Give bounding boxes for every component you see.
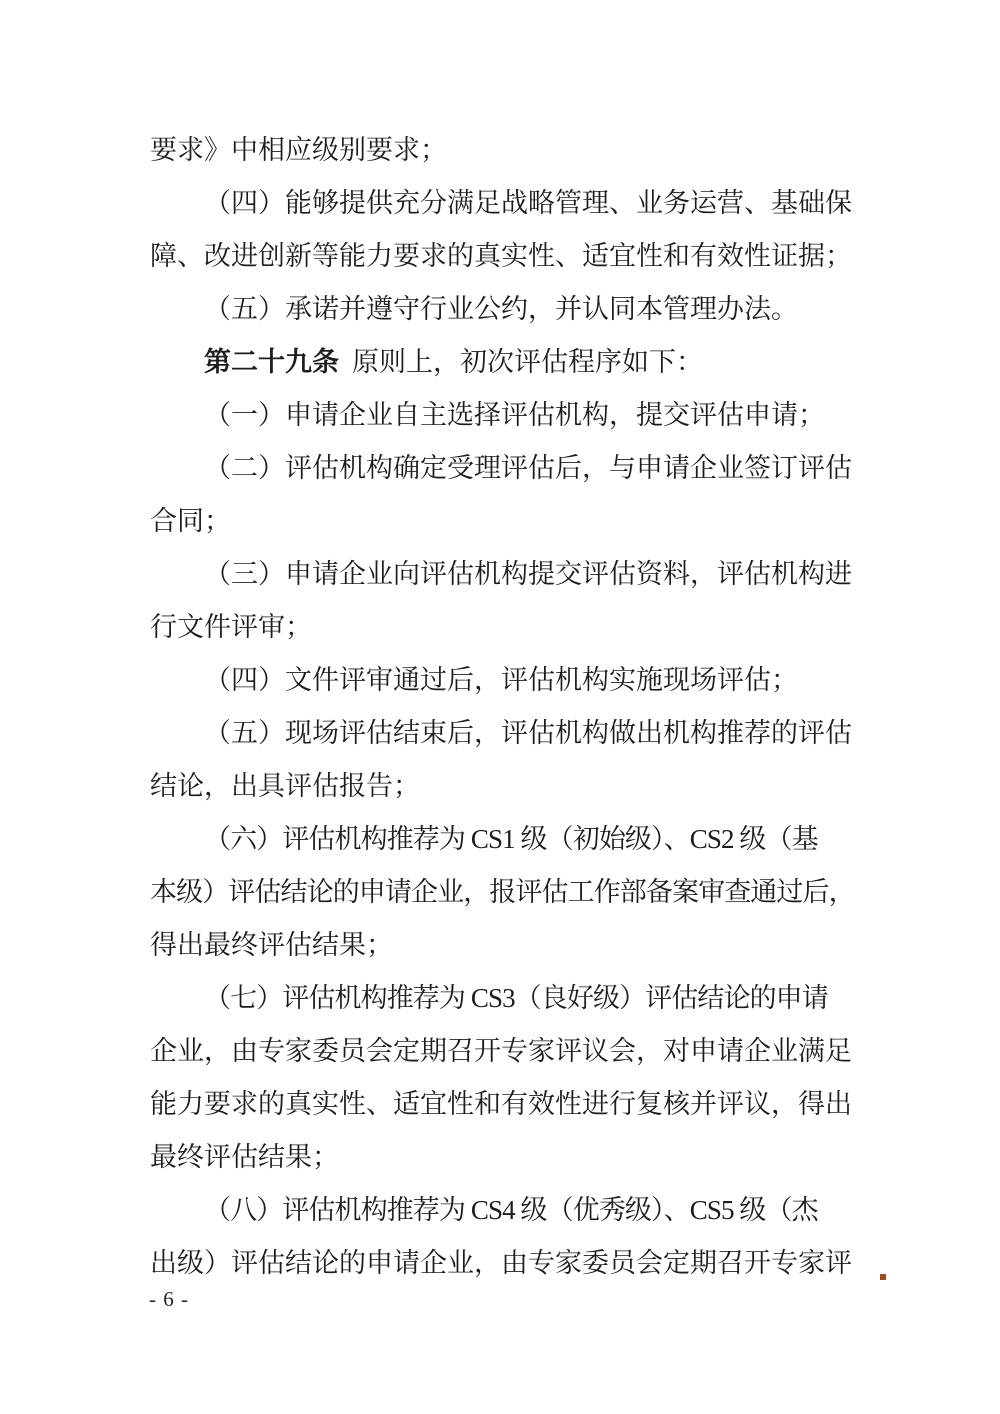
document-line: （五）承诺并遵守行业公约，并认同本管理办法。 bbox=[150, 283, 862, 336]
document-line: （四）文件评审通过后，评估机构实施现场评估； bbox=[150, 654, 862, 707]
document-line: （一）申请企业自主选择评估机构，提交评估申请； bbox=[150, 389, 862, 442]
document-line: 障、改进创新等能力要求的真实性、适宜性和有效性证据； bbox=[150, 230, 862, 283]
document-line: 最终评估结果； bbox=[150, 1131, 862, 1184]
document-page: 要求》中相应级别要求； （四）能够提供充分满足战略管理、业务运营、基础保 障、改… bbox=[0, 0, 1000, 1414]
document-line: （五）现场评估结束后，评估机构做出机构推荐的评估 bbox=[150, 707, 862, 760]
document-line: （三）申请企业向评估机构提交评估资料，评估机构进 bbox=[150, 548, 862, 601]
document-line: （二）评估机构确定受理评估后，与申请企业签订评估 bbox=[150, 442, 862, 495]
document-line: 行文件评审； bbox=[150, 601, 862, 654]
document-line: 结论，出具评估报告； bbox=[150, 760, 862, 813]
document-line: （八）评估机构推荐为 CS4 级（优秀级）、CS5 级（杰 bbox=[150, 1184, 862, 1237]
document-line: 要求》中相应级别要求； bbox=[150, 124, 862, 177]
document-line: 本级）评估结论的申请企业，报评估工作部备案审查通过后， bbox=[150, 866, 862, 919]
document-line: （六）评估机构推荐为 CS1 级（初始级）、CS2 级（基 bbox=[150, 813, 862, 866]
document-line: 合同； bbox=[150, 495, 862, 548]
document-line-article-heading: 第二十九条原则上，初次评估程序如下： bbox=[150, 336, 862, 389]
document-line: 得出最终评估结果； bbox=[150, 919, 862, 972]
document-line: 能力要求的真实性、适宜性和有效性进行复核并评议，得出 bbox=[150, 1078, 862, 1131]
document-body: 要求》中相应级别要求； （四）能够提供充分满足战略管理、业务运营、基础保 障、改… bbox=[150, 124, 862, 1290]
annotation-marker-dot bbox=[880, 1274, 886, 1280]
article-number-label: 第二十九条 bbox=[204, 347, 339, 377]
document-line: （七）评估机构推荐为 CS3（良好级）评估结论的申请 bbox=[150, 972, 862, 1025]
page-number: - 6 - bbox=[149, 1286, 189, 1312]
document-line: 企业，由专家委员会定期召开专家评议会，对申请企业满足 bbox=[150, 1025, 862, 1078]
document-line: 出级）评估结论的申请企业，由专家委员会定期召开专家评 bbox=[150, 1237, 862, 1290]
article-heading-text: 原则上，初次评估程序如下： bbox=[352, 347, 703, 377]
document-line: （四）能够提供充分满足战略管理、业务运营、基础保 bbox=[150, 177, 862, 230]
